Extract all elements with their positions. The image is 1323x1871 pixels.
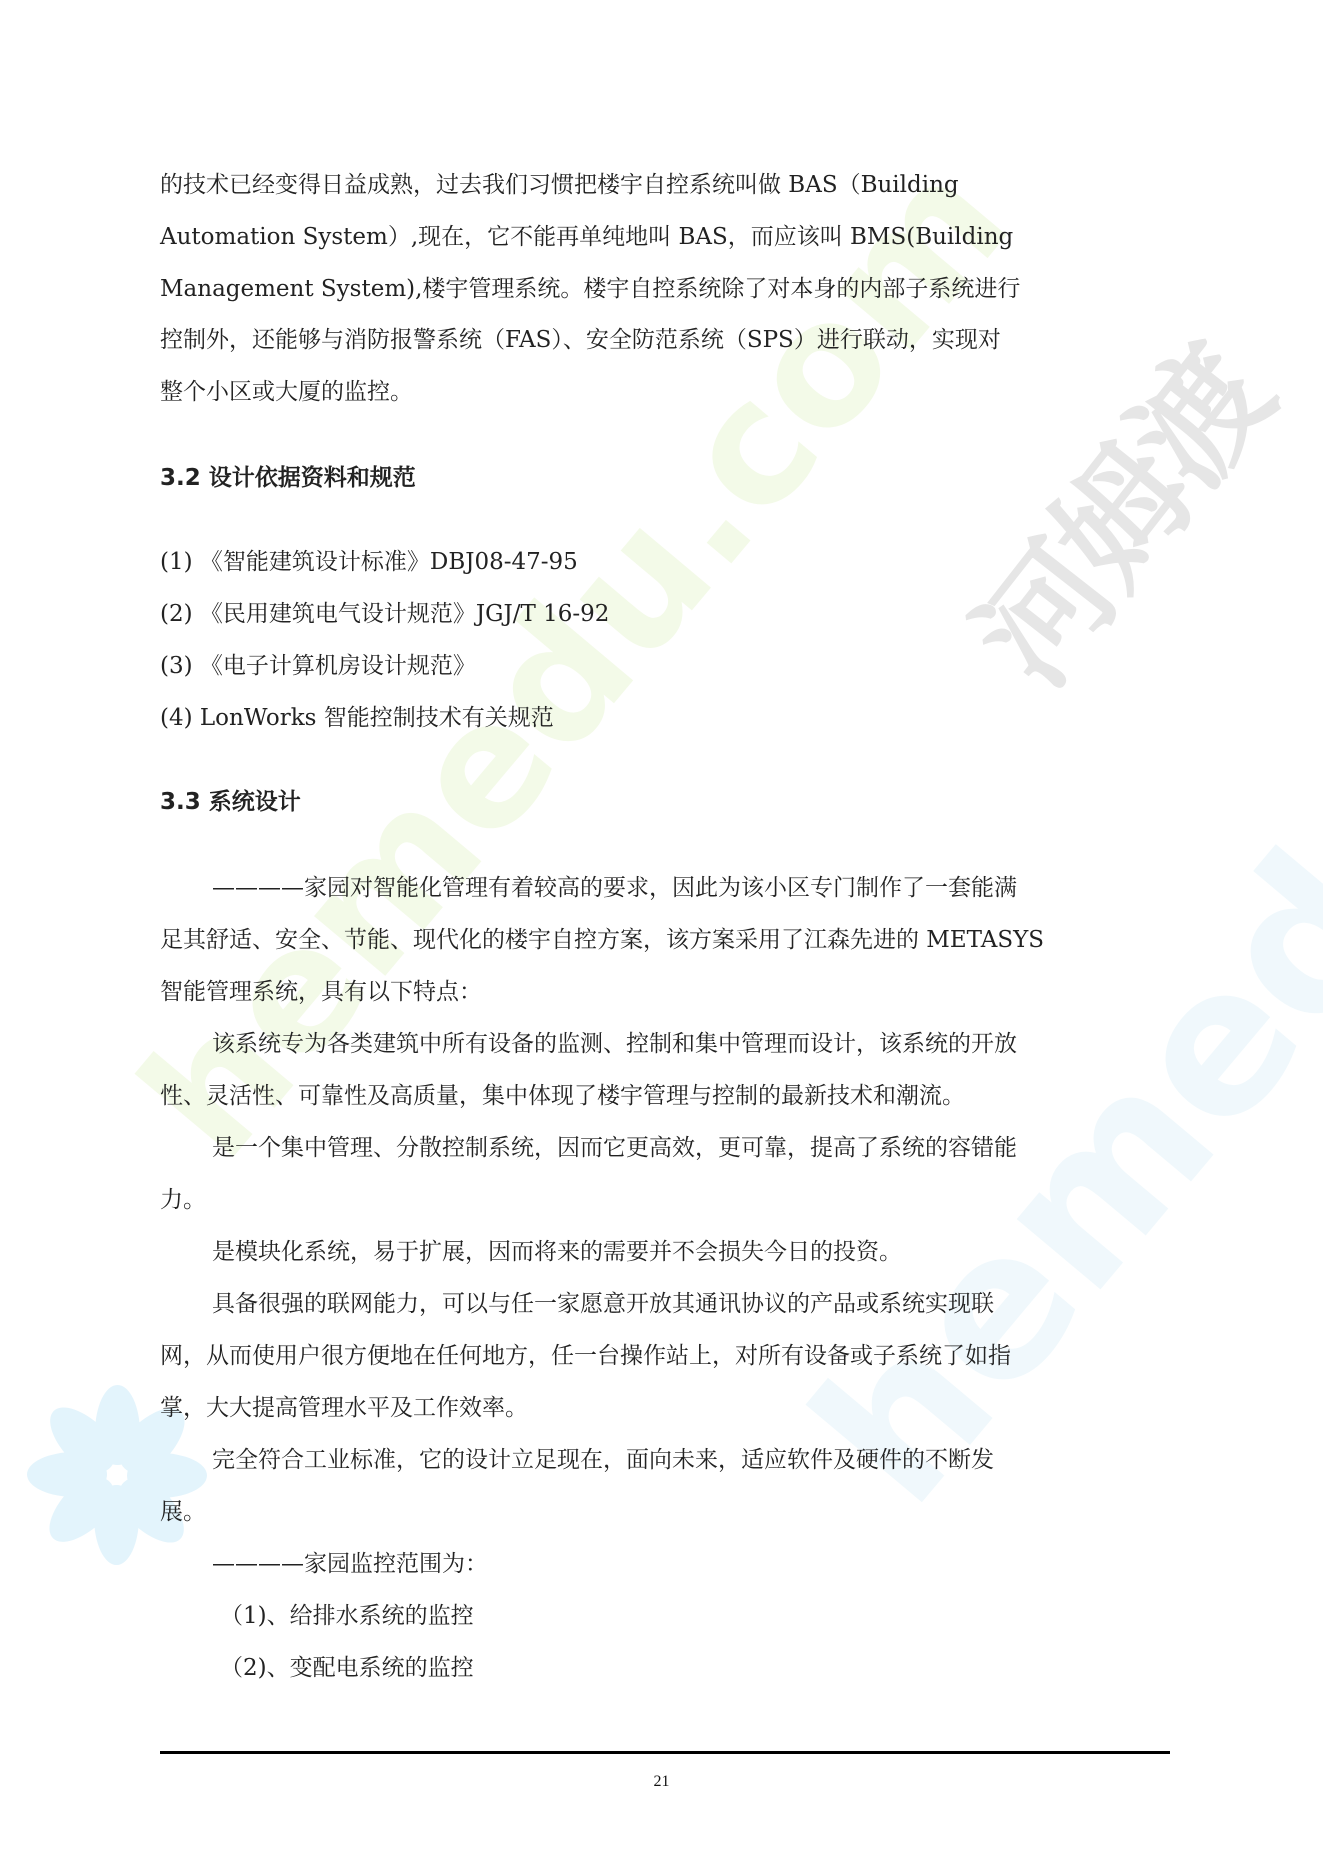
reference-item: (1) 《智能建筑设计标准》DBJ08-47-95 [160,547,578,577]
text-line: 整个小区或大厦的监控。 [160,377,413,407]
section-heading-3-3: 3.3 系统设计 [160,787,301,817]
text-line: Management System),楼宇管理系统。楼宇自控系统除了对本身的内部… [160,274,1020,304]
text-line: ————家园监控范围为： [212,1549,488,1579]
text-line: 完全符合工业标准，它的设计立足现在，面向未来，适应软件及硬件的不断发 [212,1445,994,1475]
scope-item: （2)、变配电系统的监控 [220,1653,474,1683]
reference-item: (4) LonWorks 智能控制技术有关规范 [160,703,554,733]
text-line: ————家园对智能化管理有着较高的要求，因此为该小区专门制作了一套能满 [212,873,1017,903]
text-line: 的技术已经变得日益成熟，过去我们习惯把楼宇自控系统叫做 BAS（Building [160,170,959,200]
text-line: 是一个集中管理、分散控制系统，因而它更高效，更可靠，提高了系统的容错能 [212,1133,1017,1163]
text-line: 展。 [160,1497,206,1527]
text-line: 控制外，还能够与消防报警系统（FAS）、安全防范系统（SPS）进行联动，实现对 [160,325,1001,355]
text-line: 具备很强的联网能力，可以与任一家愿意开放其通讯协议的产品或系统实现联 [212,1289,994,1319]
footer-divider [160,1751,1170,1754]
text-line: 网，从而使用户很方便地在任何地方，任一台操作站上，对所有设备或子系统了如指 [160,1341,1011,1371]
text-line: 性、灵活性、可靠性及高质量，集中体现了楼宇管理与控制的最新技术和潮流。 [160,1081,965,1111]
scope-item: （1)、给排水系统的监控 [220,1601,474,1631]
text-line: 智能管理系统，具有以下特点： [160,977,482,1007]
text-line: 足其舒适、安全、节能、现代化的楼宇自控方案，该方案采用了江森先进的 METASY… [160,925,1044,955]
reference-item: (2) 《民用建筑电气设计规范》JGJ/T 16-92 [160,599,609,629]
text-line: Automation System）,现在，它不能再单纯地叫 BAS，而应该叫 … [160,222,1013,252]
reference-item: (3) 《电子计算机房设计规范》 [160,651,476,681]
text-line: 该系统专为各类建筑中所有设备的监测、控制和集中管理而设计，该系统的开放 [212,1029,1017,1059]
section-heading-3-2: 3.2 设计依据资料和规范 [160,463,416,493]
text-line: 是模块化系统，易于扩展，因而将来的需要并不会损失今日的投资。 [212,1237,902,1267]
text-line: 力。 [160,1185,206,1215]
text-line: 掌，大大提高管理水平及工作效率。 [160,1393,528,1423]
page-number: 21 [0,1773,1323,1791]
